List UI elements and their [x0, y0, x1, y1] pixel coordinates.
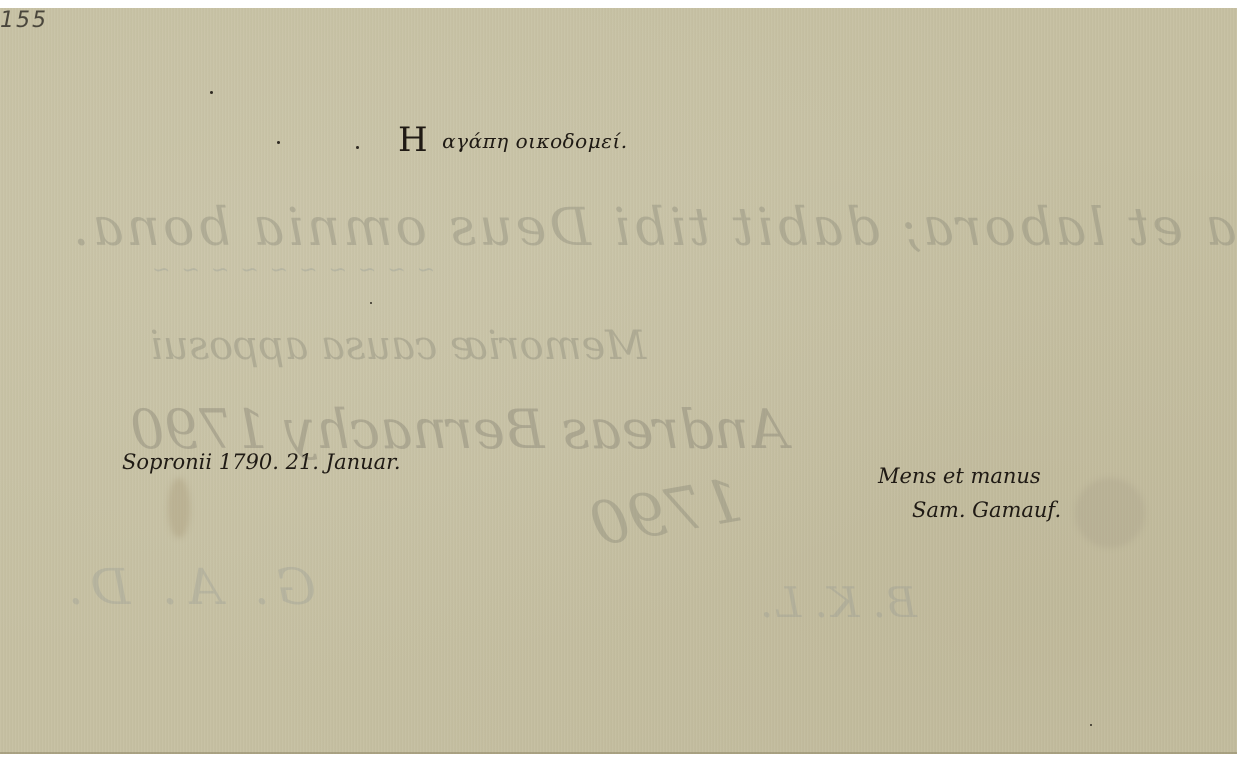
- heading-text: αγάπη οικοδομεί.: [442, 129, 628, 153]
- manuscript-leaf: Ora et labora; dabit tibi Deus omnia bon…: [0, 8, 1237, 754]
- place-and-date: Sopronii 1790. 21. Januar.: [122, 450, 401, 474]
- bleed-through-line: Memoriæ causa apposui: [150, 323, 646, 369]
- bleed-through-line: ~ ~ ~ ~ ~ ~ ~ ~ ~ ~: [150, 258, 435, 283]
- paper-stain: [1075, 478, 1145, 548]
- motto: Mens et manus: [878, 464, 1041, 488]
- scanned-page: Ora et labora; dabit tibi Deus omnia bon…: [0, 0, 1237, 768]
- paper-stain: [168, 478, 190, 538]
- signature: Sam. Gamauf.: [912, 498, 1061, 522]
- ink-speck: [370, 302, 372, 304]
- folio-number: 155: [0, 8, 1237, 33]
- ink-speck: [277, 141, 280, 144]
- bleed-through-line: G. A. D.: [60, 558, 316, 616]
- entry-heading: Ηαγάπη οικοδομεί.: [398, 120, 628, 160]
- bleed-through-line: 1790: [585, 465, 748, 560]
- bleed-through-line: B. K. L.: [760, 578, 917, 627]
- ink-speck: [1090, 724, 1092, 726]
- bleed-through-line: Ora et labora; dabit tibi Deus omnia bon…: [70, 198, 1237, 258]
- ink-speck: [356, 146, 359, 149]
- heading-initial: Η: [398, 120, 428, 160]
- ink-speck: [210, 91, 213, 94]
